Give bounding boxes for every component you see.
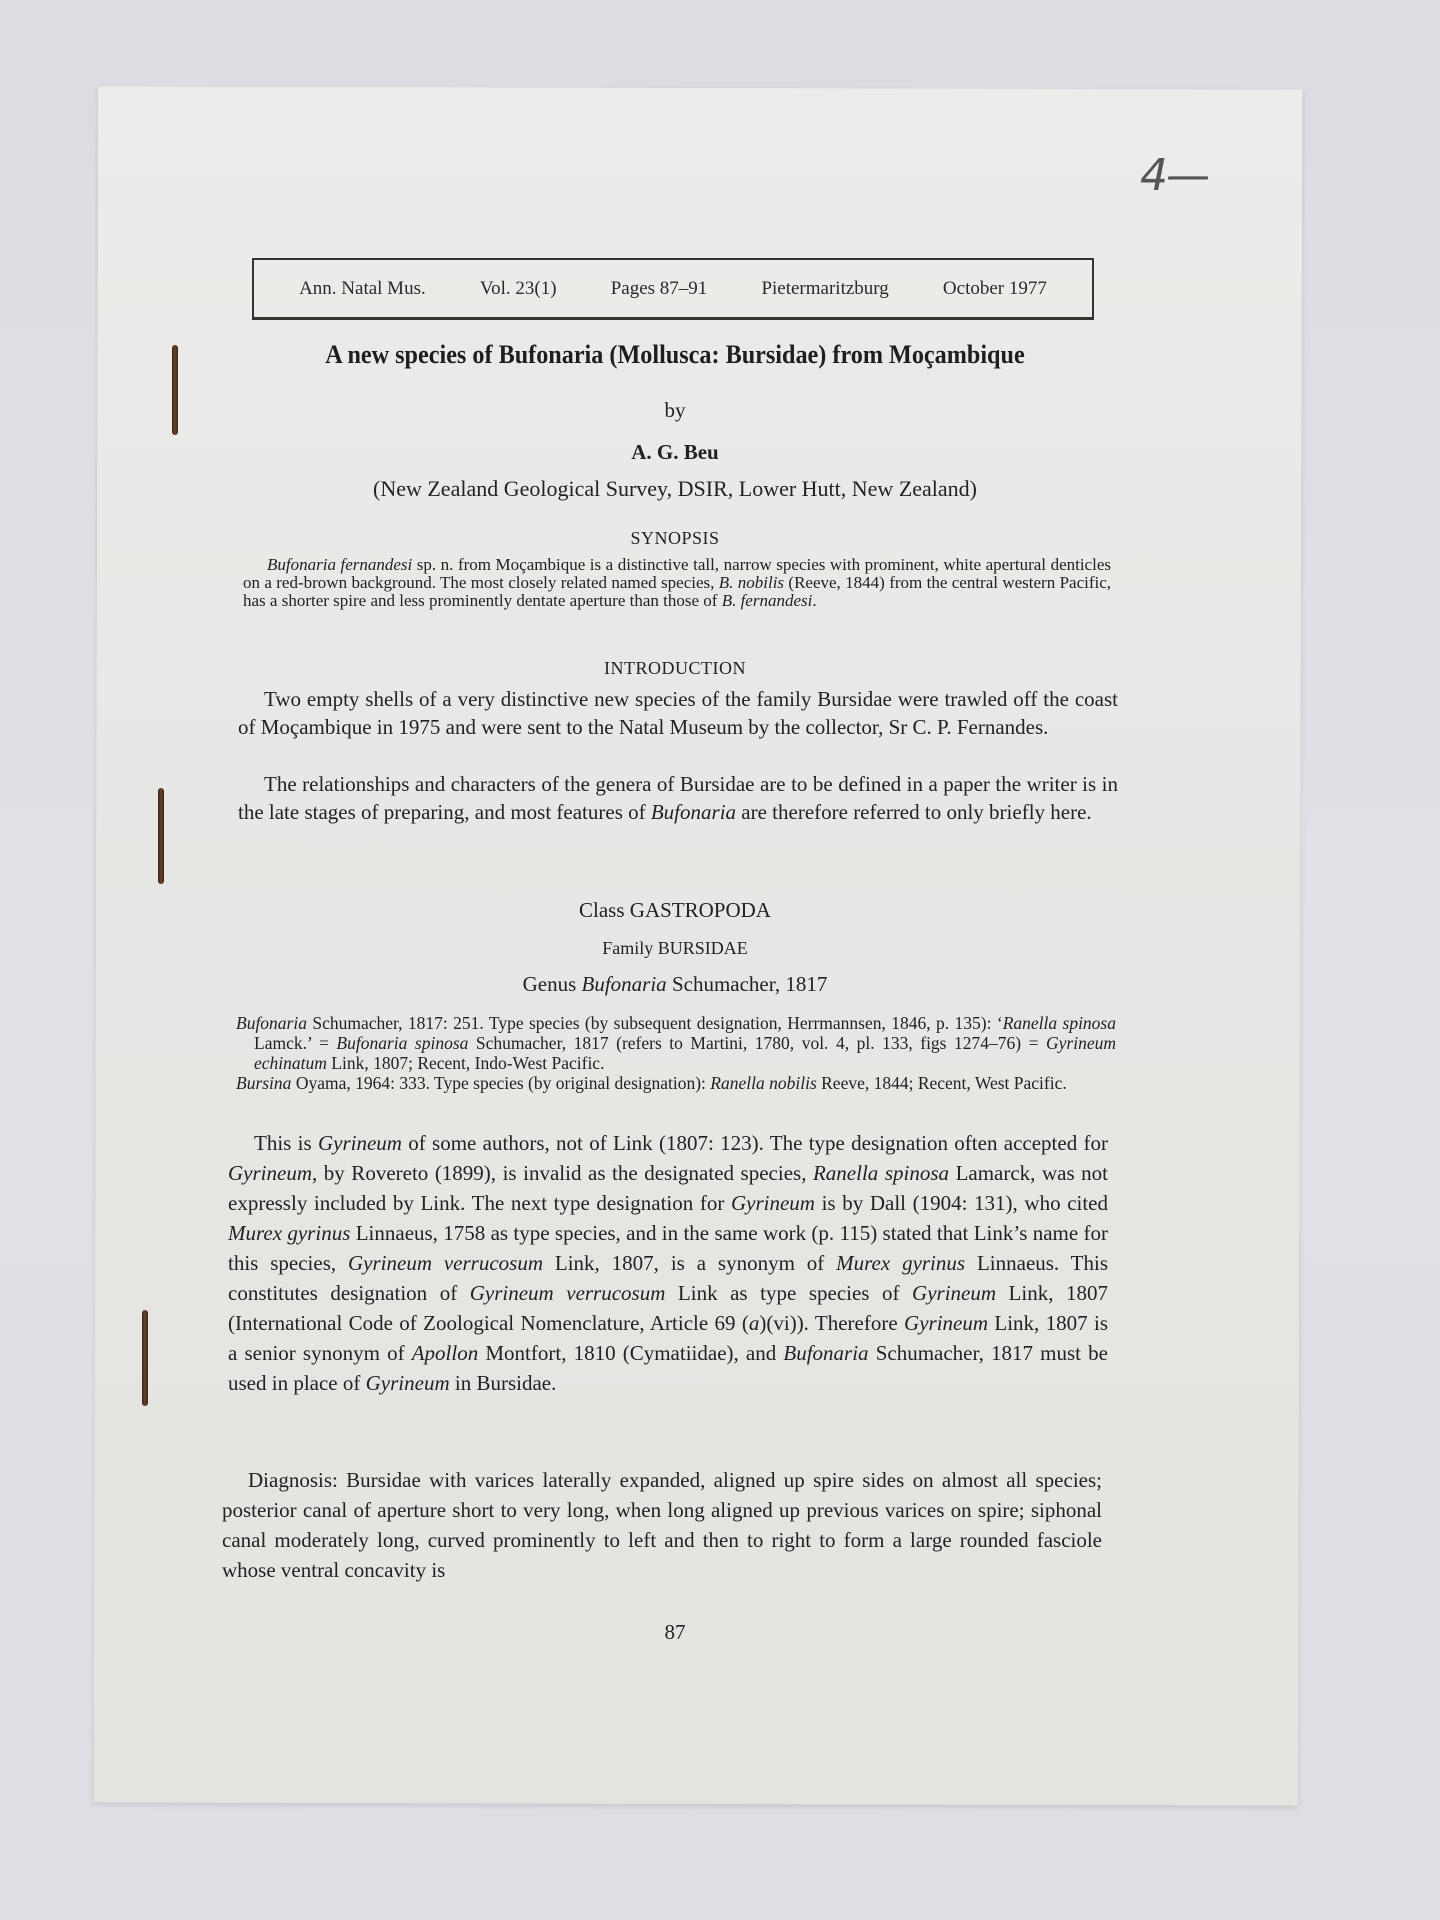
journal-date: October 1977 — [943, 278, 1047, 300]
synonymy-entry: Bursina Oyama, 1964: 333. Type species (… — [236, 1073, 1116, 1093]
journal-place: Pietermaritzburg — [761, 278, 888, 300]
introduction-paragraph-2: The relationships and characters of the … — [238, 770, 1118, 826]
staple-bottom — [142, 1310, 148, 1406]
synopsis-heading: SYNOPSIS — [240, 528, 1110, 549]
page-number: 87 — [660, 1620, 690, 1645]
diagnosis-paragraph: Diagnosis: Bursidae with varices lateral… — [222, 1465, 1102, 1585]
journal-header-box: Ann. Natal Mus. Vol. 23(1) Pages 87–91 P… — [252, 258, 1094, 320]
journal-name: Ann. Natal Mus. — [299, 278, 426, 300]
journal-volume: Vol. 23(1) — [480, 278, 557, 300]
discussion-paragraph: This is Gyrineum of some authors, not of… — [228, 1128, 1108, 1398]
paper-title: A new species of Bufonaria (Mollusca: Bu… — [270, 340, 1079, 370]
synonymy-list: Bufonaria Schumacher, 1817: 251. Type sp… — [236, 1013, 1116, 1093]
genus-heading: Genus Bufonaria Schumacher, 1817 — [240, 972, 1110, 997]
class-heading: Class GASTROPODA — [240, 898, 1110, 923]
introduction-heading: INTRODUCTION — [240, 658, 1110, 679]
family-heading: Family BURSIDAE — [240, 938, 1110, 959]
staple-top — [172, 345, 178, 435]
author-affiliation: (New Zealand Geological Survey, DSIR, Lo… — [240, 476, 1110, 502]
journal-pages: Pages 87–91 — [611, 278, 708, 300]
synonymy-entry: Bufonaria Schumacher, 1817: 251. Type sp… — [236, 1013, 1116, 1073]
synopsis-text: Bufonaria fernandesi sp. n. from Moçambi… — [243, 556, 1111, 610]
byline-by: by — [240, 398, 1110, 423]
author-name: A. G. Beu — [240, 440, 1110, 465]
handwritten-mark: 4— — [1140, 150, 1208, 201]
introduction-paragraph-1: Two empty shells of a very distinctive n… — [238, 685, 1118, 741]
staple-middle — [158, 788, 164, 884]
